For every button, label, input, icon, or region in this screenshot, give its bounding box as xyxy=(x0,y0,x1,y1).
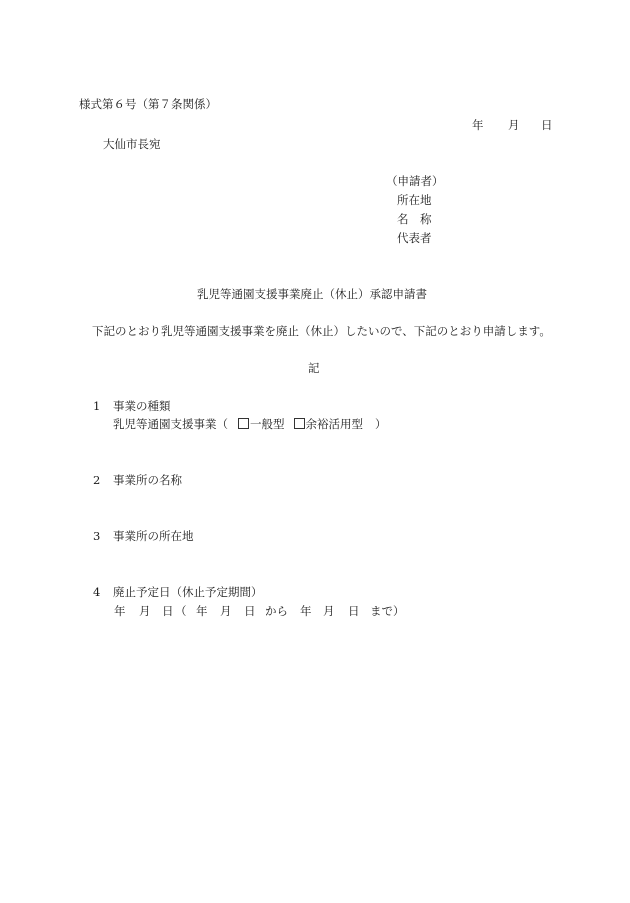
item-label: 廃止予定日（休止予定期間） xyxy=(113,585,263,599)
period-until: まで） xyxy=(370,604,405,618)
item-number: 1 xyxy=(93,399,100,413)
date-day-label: 日 xyxy=(541,118,553,132)
item-number: 3 xyxy=(93,529,100,543)
applicant-heading: （申請者） xyxy=(386,174,444,188)
applicant-representative-label: 代表者 xyxy=(397,231,432,245)
body-text: 下記のとおり乳児等通園支援事業を廃止（休止）したいので、下記のとおり申請します。 xyxy=(92,324,551,338)
option-surplus-use[interactable]: 余裕活用型 xyxy=(294,417,364,431)
business-type-line: 乳児等通園支援事業（一般型余裕活用型） xyxy=(113,417,387,431)
business-type-suffix: ） xyxy=(375,417,387,431)
checkbox-icon[interactable] xyxy=(238,418,249,429)
applicant-address-label: 所在地 xyxy=(397,193,432,207)
period-month1: 月 xyxy=(139,604,151,618)
period-year2: 年 xyxy=(196,604,208,618)
item-number: 4 xyxy=(93,585,100,599)
period-month2: 月 xyxy=(220,604,232,618)
form-number: 様式第６号（第７条関係） xyxy=(79,97,217,111)
period-day1: 日 xyxy=(162,604,174,618)
item-label: 事業の種類 xyxy=(113,399,171,413)
period-day2: 日 xyxy=(244,604,256,618)
checkbox-icon[interactable] xyxy=(294,418,305,429)
date-year-label: 年 xyxy=(472,118,484,132)
applicant-name-label: 名 称 xyxy=(397,212,432,226)
item-number: 2 xyxy=(93,473,100,487)
item-label: 事業所の所在地 xyxy=(113,529,194,543)
period-open-paren: （ xyxy=(175,604,187,618)
period-year3: 年 xyxy=(300,604,312,618)
item-label: 事業所の名称 xyxy=(113,473,182,487)
document-title: 乳児等通園支援事業廃止（休止）承認申請書 xyxy=(197,287,427,301)
period-from: から xyxy=(265,604,288,618)
ki-heading: 記 xyxy=(308,361,320,375)
period-year1: 年 xyxy=(114,604,126,618)
period-month3: 月 xyxy=(323,604,335,618)
date-month-label: 月 xyxy=(508,118,520,132)
option-general[interactable]: 一般型 xyxy=(238,417,285,431)
period-line: 年 月 日 （ 年 月 日 から 年 月 日 まで） xyxy=(0,604,630,618)
addressee: 大仙市長宛 xyxy=(103,137,161,151)
period-day3: 日 xyxy=(348,604,360,618)
business-type-prefix: 乳児等通園支援事業（ xyxy=(113,417,228,431)
